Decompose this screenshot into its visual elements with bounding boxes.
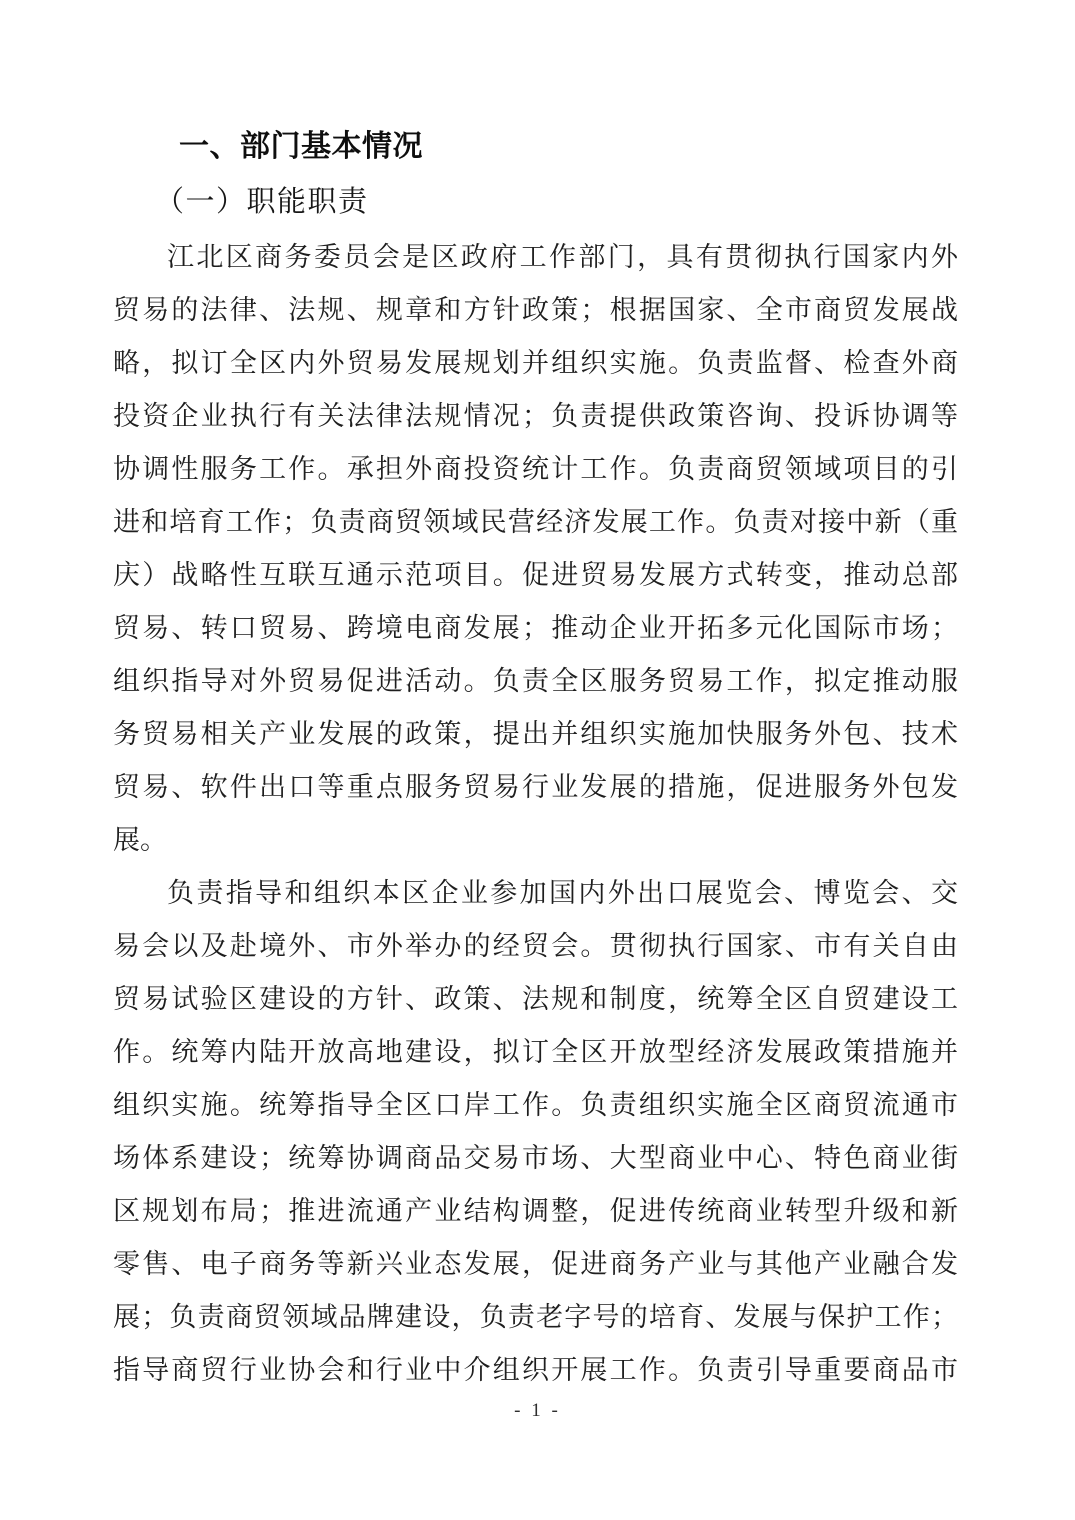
body-line: 江北区商务委员会是区政府工作部门，具有贯彻执行国家内外 xyxy=(113,231,958,284)
document-body: 一、部门基本情况 （一）职能职责 江北区商务委员会是区政府工作部门，具有贯彻执行… xyxy=(113,120,958,1397)
body-line: 贸易的法律、法规、规章和方针政策；根据国家、全市商贸发展战 xyxy=(113,284,958,337)
body-line: 组织指导对外贸易促进活动。负责全区服务贸易工作，拟定推动服 xyxy=(113,655,958,708)
page-number: - 1 - xyxy=(0,1398,1075,1424)
body-line: 易会以及赴境外、市外举办的经贸会。贯彻执行国家、市有关自由 xyxy=(113,920,958,973)
body-line: 作。统筹内陆开放高地建设，拟订全区开放型经济发展政策措施并 xyxy=(113,1026,958,1079)
body-line: 略，拟订全区内外贸易发展规划并组织实施。负责监督、检查外商 xyxy=(113,337,958,390)
body-line: 场体系建设；统筹协调商品交易市场、大型商业中心、特色商业街 xyxy=(113,1132,958,1185)
body-line: 区规划布局；推进流通产业结构调整，促进传统商业转型升级和新 xyxy=(113,1185,958,1238)
body-line: 零售、电子商务等新兴业态发展，促进商务产业与其他产业融合发 xyxy=(113,1238,958,1291)
body-line: 展；负责商贸领域品牌建设，负责老字号的培育、发展与保护工作； xyxy=(113,1291,958,1344)
paragraph-2: 负责指导和组织本区企业参加国内外出口展览会、博览会、交 易会以及赴境外、市外举办… xyxy=(113,867,958,1397)
subsection-heading: （一）职能职责 xyxy=(113,173,958,231)
body-line: 贸易、软件出口等重点服务贸易行业发展的措施，促进服务外包发 xyxy=(113,761,958,814)
body-line: 指导商贸行业协会和行业中介组织开展工作。负责引导重要商品市 xyxy=(113,1344,958,1397)
body-line: 协调性服务工作。承担外商投资统计工作。负责商贸领域项目的引 xyxy=(113,443,958,496)
section-heading: 一、部门基本情况 xyxy=(113,120,958,173)
body-line: 组织实施。统筹指导全区口岸工作。负责组织实施全区商贸流通市 xyxy=(113,1079,958,1132)
body-line: 进和培育工作；负责商贸领域民营经济发展工作。负责对接中新（重 xyxy=(113,496,958,549)
body-line: 投资企业执行有关法律法规情况；负责提供政策咨询、投诉协调等 xyxy=(113,390,958,443)
body-line: 负责指导和组织本区企业参加国内外出口展览会、博览会、交 xyxy=(113,867,958,920)
body-line: 务贸易相关产业发展的政策，提出并组织实施加快服务外包、技术 xyxy=(113,708,958,761)
body-line: 贸易、转口贸易、跨境电商发展；推动企业开拓多元化国际市场； xyxy=(113,602,958,655)
body-line: 贸易试验区建设的方针、政策、法规和制度，统筹全区自贸建设工 xyxy=(113,973,958,1026)
body-line: 展。 xyxy=(113,814,958,867)
body-line: 庆）战略性互联互通示范项目。促进贸易发展方式转变，推动总部 xyxy=(113,549,958,602)
document-page: 一、部门基本情况 （一）职能职责 江北区商务委员会是区政府工作部门，具有贯彻执行… xyxy=(0,0,1075,1520)
paragraph-1: 江北区商务委员会是区政府工作部门，具有贯彻执行国家内外 贸易的法律、法规、规章和… xyxy=(113,231,958,867)
